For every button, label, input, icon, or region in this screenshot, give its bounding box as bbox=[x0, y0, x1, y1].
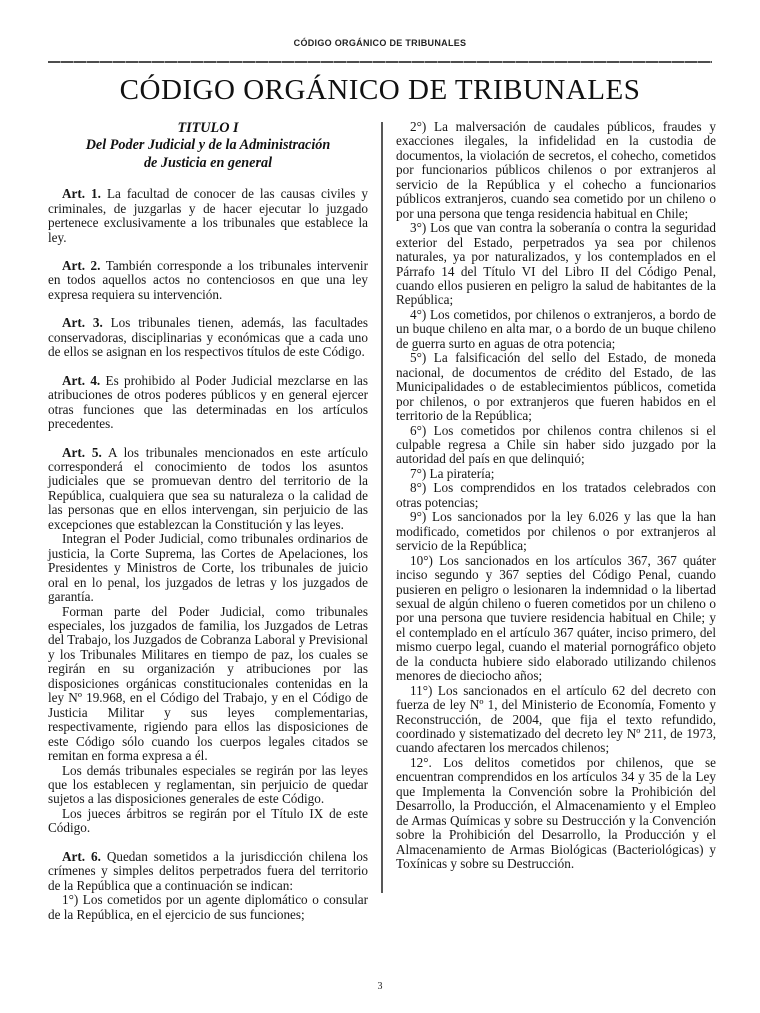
article-text: Forman parte del Poder Judicial, como tr… bbox=[48, 604, 368, 764]
list-item-paragraph: 4°) Los cometidos, por chilenos o extran… bbox=[396, 308, 716, 351]
header-rule bbox=[48, 61, 712, 63]
article-label: Art. 3. bbox=[62, 315, 103, 330]
article-text: 9°) Los sancionados por la ley 6.026 y l… bbox=[396, 509, 716, 553]
list-item-paragraph: 8°) Los comprendidos en los tratados cel… bbox=[396, 481, 716, 510]
article-text: Los jueces árbitros se regirán por el Tí… bbox=[48, 806, 368, 835]
article-paragraph: Art. 3. Los tribunales tienen, además, l… bbox=[48, 316, 368, 359]
list-item-paragraph: 3°) Los que van contra la soberanía o co… bbox=[396, 221, 716, 308]
article-paragraph: Art. 6. Quedan sometidos a la jurisdicci… bbox=[48, 850, 368, 893]
list-item-paragraph: 11°) Los sancionados en el artículo 62 d… bbox=[396, 684, 716, 756]
article-text: 5°) La falsificación del sello del Estad… bbox=[396, 350, 716, 423]
article-text: 12°. Los delitos cometidos por chilenos,… bbox=[396, 755, 716, 871]
section-title-line: Del Poder Judicial y de la Administració… bbox=[48, 137, 368, 154]
right-column: 2°) La malversación de caudales públicos… bbox=[396, 120, 716, 948]
list-item-paragraph: 5°) La falsificación del sello del Estad… bbox=[396, 351, 716, 423]
article-label: Art. 5. bbox=[62, 445, 102, 460]
section-title-block: TITULO I Del Poder Judicial y de la Admi… bbox=[48, 120, 368, 172]
article-text: 3°) Los que van contra la soberanía o co… bbox=[396, 220, 716, 307]
article-paragraph: Art. 1. La facultad de conocer de las ca… bbox=[48, 187, 368, 245]
article-paragraph: Los jueces árbitros se regirán por el Tí… bbox=[48, 807, 368, 836]
list-item-paragraph: 10°) Los sancionados en los artículos 36… bbox=[396, 554, 716, 684]
document-page: CÓDIGO ORGÁNICO DE TRIBUNALES CÓDIGO ORG… bbox=[0, 0, 760, 1013]
article-paragraph: Los demás tribunales especiales se regir… bbox=[48, 764, 368, 807]
list-item-paragraph: 12°. Los delitos cometidos por chilenos,… bbox=[396, 756, 716, 872]
article-text: 1°) Los cometidos por un agente diplomát… bbox=[48, 892, 368, 921]
running-header: CÓDIGO ORGÁNICO DE TRIBUNALES bbox=[0, 0, 760, 48]
article-label: Art. 1. bbox=[62, 186, 101, 201]
article-text: 10°) Los sancionados en los artículos 36… bbox=[396, 553, 716, 684]
left-column: TITULO I Del Poder Judicial y de la Admi… bbox=[48, 120, 368, 948]
section-title-line: de Justicia en general bbox=[48, 155, 368, 172]
article-text: Los demás tribunales especiales se regir… bbox=[48, 763, 368, 807]
article-text: 6°) Los cometidos por chilenos contra ch… bbox=[396, 423, 716, 467]
page-title: CÓDIGO ORGÁNICO DE TRIBUNALES bbox=[0, 74, 760, 107]
list-item-paragraph: 1°) Los cometidos por un agente diplomát… bbox=[48, 893, 368, 922]
article-text: Integran el Poder Judicial, como tribuna… bbox=[48, 531, 368, 604]
article-text: 2°) La malversación de caudales públicos… bbox=[396, 119, 716, 221]
content-columns: TITULO I Del Poder Judicial y de la Admi… bbox=[48, 120, 716, 948]
column-divider bbox=[381, 122, 383, 893]
article-text: 11°) Los sancionados en el artículo 62 d… bbox=[396, 683, 716, 756]
article-label: Art. 4. bbox=[62, 373, 100, 388]
article-paragraph: Art. 2. También corresponde a los tribun… bbox=[48, 259, 368, 302]
list-item-paragraph: 2°) La malversación de caudales públicos… bbox=[396, 120, 716, 221]
article-paragraph: Forman parte del Poder Judicial, como tr… bbox=[48, 605, 368, 764]
list-item-paragraph: 6°) Los cometidos por chilenos contra ch… bbox=[396, 424, 716, 467]
article-text: 7°) La piratería; bbox=[410, 466, 494, 481]
article-paragraph: Art. 4. Es prohibido al Poder Judicial m… bbox=[48, 374, 368, 432]
article-text: 8°) Los comprendidos en los tratados cel… bbox=[396, 480, 716, 509]
list-item-paragraph: 9°) Los sancionados por la ley 6.026 y l… bbox=[396, 510, 716, 553]
article-text: 4°) Los cometidos, por chilenos o extran… bbox=[396, 307, 716, 351]
article-label: Art. 6. bbox=[62, 849, 101, 864]
list-item-paragraph: 7°) La piratería; bbox=[396, 467, 716, 481]
page-number: 3 bbox=[0, 981, 760, 992]
section-title-line: TITULO I bbox=[48, 120, 368, 137]
article-paragraph: Art. 5. A los tribunales mencionados en … bbox=[48, 446, 368, 533]
article-paragraph: Integran el Poder Judicial, como tribuna… bbox=[48, 532, 368, 604]
article-label: Art. 2. bbox=[62, 258, 100, 273]
